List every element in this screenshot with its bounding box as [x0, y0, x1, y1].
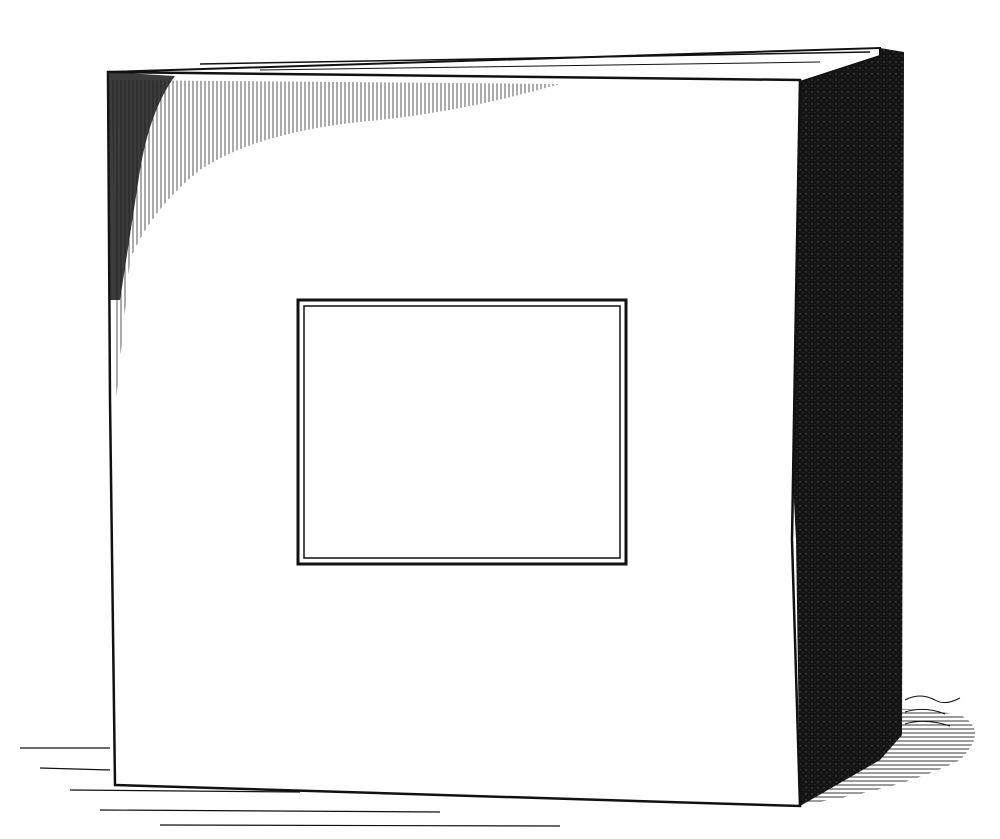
brick-side-face — [790, 48, 904, 806]
cuneiform-stamp — [298, 300, 626, 564]
brick-illustration — [0, 0, 1000, 839]
engraving-canvas — [0, 0, 1000, 839]
